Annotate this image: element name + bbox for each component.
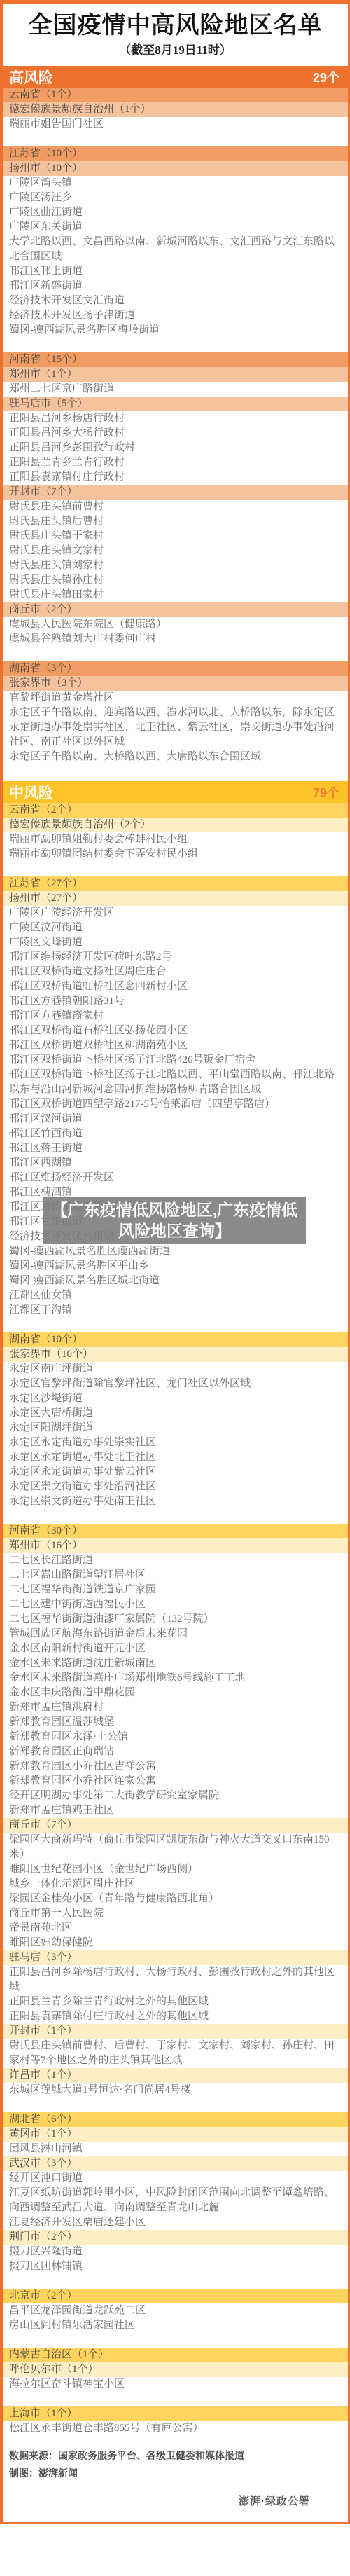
city-row: 德宏傣族景颇族自治州（1个） xyxy=(3,102,348,117)
area-item-row: 蜀冈-瘦西湖风景名胜区瘦西湖街道 xyxy=(3,1244,348,1259)
province-row: 云南省（2个） xyxy=(3,803,348,818)
area-item-row: 邗江区蒋王街道 xyxy=(3,1141,348,1156)
area-item-row: 昌平区龙泽园街道龙跃苑二区 xyxy=(3,2303,348,2318)
area-item-row: 邗江区竹西街道 xyxy=(3,1127,348,1141)
city-row: 驻马店市（5个） xyxy=(3,397,348,411)
city-row: 开封市（7个） xyxy=(3,485,348,500)
sections: 高风险29个云南省（1个）德宏傣族景颇族自治州（1个）瑞丽市姐告国门社区江苏省（… xyxy=(3,66,348,2436)
area-item-row: 新郑市孟庄镇鸡王社区 xyxy=(3,1803,348,1818)
area-item-row: 正阳县吕河乡除杨店行政村、大杨行政村、彭围孜行政村之外的其他区域 xyxy=(3,1965,348,1995)
risk-band: 中风险79个 xyxy=(3,781,348,803)
area-item-row: 郑州二七区京广路街道 xyxy=(3,382,348,397)
area-item-row: 瑞丽市勐卯镇团结村委会下弄安村民小组 xyxy=(3,847,348,862)
province-row: 云南省（1个） xyxy=(3,88,348,102)
province-group: 湖南省（3个）张家界市（3个）官黎坪街道黄金塔社区永定区子午路以南、迎宾路以西、… xyxy=(3,661,348,764)
page-title: 全国疫情中高风险地区名单 xyxy=(7,11,344,41)
province-group: 湖南省（10个）张家界市（10个）永定区南庄坪街道永定区官黎坪街道除官黎坪社区、… xyxy=(3,1332,348,1509)
area-item-row: 尉氏县庄头镇后曹村 xyxy=(3,514,348,529)
area-item-row: 梁园区金桂苑小区（青年路与健康路西北角） xyxy=(3,1892,348,1906)
area-item-row: 虞城县谷熟镇刘大庄村委何庄村 xyxy=(3,632,348,647)
area-item-row: 江都区丁沟镇 xyxy=(3,1303,348,1318)
city-row: 德宏傣族景颇族自治州（2个） xyxy=(3,818,348,832)
area-item-row: 正阳县兰青乡兰青行政村 xyxy=(3,455,348,470)
area-item-row: 二七区福华街街道油漆厂家属院（132号院） xyxy=(3,1612,348,1627)
province-group: 北京市（2个）昌平区龙泽园街道龙跃苑二区房山区阎村镇乐活家园社区 xyxy=(3,2289,348,2333)
area-item-row: 正阳县吕河乡大杨行政村 xyxy=(3,426,348,441)
area-item-row: 瑞丽市姐告国门社区 xyxy=(3,117,348,132)
area-item-row: 邗江区西湖镇 xyxy=(3,1156,348,1171)
area-item-row: 永定区子午路以南、迎宾路以西、澧水河以北、大桥路以东，除永定区永定街道办事处崇实… xyxy=(3,705,348,750)
area-item-row: 商丘市第一人民医院 xyxy=(3,1906,348,1921)
area-item-row: 尉氏县庄头镇于家村 xyxy=(3,529,348,544)
area-item-row: 新郑教育园区小乔社区连家公寓 xyxy=(3,1774,348,1789)
risk-section: 高风险29个云南省（1个）德宏傣族景颇族自治州（1个）瑞丽市姐告国门社区江苏省（… xyxy=(3,66,348,764)
area-item-row: 永定区崇文街道办事处沿河社区 xyxy=(3,1480,348,1494)
area-item-row: 江夏经济开发区栗庙还建小区 xyxy=(3,2215,348,2230)
area-item-row: 邗江区双桥街道石桥社区弘扬花园小区 xyxy=(3,1024,348,1038)
area-item-row: 官黎坪街道黄金塔社区 xyxy=(3,691,348,705)
area-item-row: 邗江区双桥街道双桥社区柳湖南苑小区 xyxy=(3,1038,348,1053)
area-item-row: 尉氏县庄头镇刘家村 xyxy=(3,558,348,573)
province-row: 湖南省（3个） xyxy=(3,661,348,676)
province-row: 湖北省（6个） xyxy=(3,2112,348,2127)
area-item-row: 新郑市孟庄镇洪府村 xyxy=(3,1700,348,1715)
city-row: 郑州市（16个） xyxy=(3,1538,348,1553)
watermark-overlay: 【广东疫情低风险地区,广东疫情低风险地区查询】 xyxy=(43,1197,306,1244)
province-group: 上海市（1个）松江区永丰街道仓丰路855号（有庐公寓） xyxy=(3,2406,348,2436)
area-item-row: 江都区仙女镇 xyxy=(3,1288,348,1303)
area-item-row: 永定区大庸桥街道 xyxy=(3,1406,348,1421)
city-row: 扬州市（10个） xyxy=(3,161,348,176)
city-row: 开封市（1个） xyxy=(3,2024,348,2039)
area-item-row: 邗江区双桥街道卜桥社区扬子江北路以西、平山堂西路以南、邗江北路以东与沿山河新城河… xyxy=(3,1068,348,1097)
province-group: 湖北省（6个）黄冈市（1个）团风县淋山河镇武汉市（3个）经开区沌口街道江夏区纸坊… xyxy=(3,2112,348,2274)
area-item-row: 房山区阎村镇乐活家园社区 xyxy=(3,2318,348,2333)
area-item-row: 永定区沙堤街道 xyxy=(3,1391,348,1406)
area-item-row: 新郑教育园区温莎城堡 xyxy=(3,1715,348,1730)
area-item-row: 邗江区方巷镇裔家村 xyxy=(3,1009,348,1024)
city-row: 荆门市（2个） xyxy=(3,2230,348,2245)
area-item-row: 金水区未来路街道沈庄新城南区 xyxy=(3,1656,348,1671)
area-item-row: 经开区沌口街道 xyxy=(3,2171,348,2186)
area-item-row: 邗江区双桥街道虹桥社区念四新村小区 xyxy=(3,979,348,994)
area-item-row: 大学北路以西、文昌西路以南、新城河路以东、文汇西路与文汇东路以北合围区域 xyxy=(3,235,348,264)
area-item-row: 正阳县吕河乡彭围孜行政村 xyxy=(3,441,348,455)
area-item-row: 永定区永定街道办事处崇实社区 xyxy=(3,1435,348,1450)
area-item-row: 永定区永定街道办事处北正社区 xyxy=(3,1450,348,1465)
province-row: 湖南省（10个） xyxy=(3,1332,348,1347)
area-item-row: 睢阳区世纪花园小区（金世纪广场西侧） xyxy=(3,1862,348,1877)
risk-band-count: 79个 xyxy=(313,783,339,801)
area-item-row: 管城回族区航海东路街道金盾未来花园 xyxy=(3,1627,348,1641)
area-item-row: 梁园区大商新玛特（商丘市梁园区凯旋东街与神火大道交叉口东南150米） xyxy=(3,1833,348,1862)
area-item-row: 尉氏县庄头镇文家村 xyxy=(3,544,348,558)
area-item-row: 正阳县兰青乡除兰青行政村之外的其他区域 xyxy=(3,1995,348,2009)
area-item-row: 东城区莲城大道1号恒达·名门尚居4号楼 xyxy=(3,2083,348,2098)
area-item-row: 广陵区文峰街道 xyxy=(3,935,348,950)
risk-band: 高风险29个 xyxy=(3,66,348,88)
area-item-row: 尉氏县庄头镇田家村 xyxy=(3,588,348,602)
area-item-row: 正阳县袁寨镇除付庄行政村之外的其他区域 xyxy=(3,2009,348,2024)
area-item-row: 新郑教育园区正商瑞钻 xyxy=(3,1744,348,1759)
data-source-line: 数据来源：国家政务服务平台、各级卫健委和媒体报道 xyxy=(9,2447,341,2465)
area-item-row: 蜀冈-瘦西湖风景名胜区平山乡 xyxy=(3,1259,348,1274)
area-item-row: 广陵区东关街道 xyxy=(3,220,348,235)
area-item-row: 尉氏县庄头镇前曹村、后曹村、于家村、文家村、刘家村、孙庄村、田家村等7个地区之外… xyxy=(3,2039,348,2068)
area-item-row: 广陵区曲江街道 xyxy=(3,205,348,220)
city-row: 扬州市（27个） xyxy=(3,891,348,906)
credit-line: 制图：澎湃新闻 xyxy=(9,2465,341,2482)
area-item-row: 永定区子午路以南、大桥路以西、大庸路以东合围区域 xyxy=(3,750,348,764)
area-item-row: 永定区南庄坪街道 xyxy=(3,1362,348,1377)
footer: 数据来源：国家政务服务平台、各级卫健委和媒体报道 制图：澎湃新闻 澎湃·绿政公署 xyxy=(3,2436,348,2522)
area-item-row: 二七区建中街街道西福民小区 xyxy=(3,1597,348,1612)
publisher-logo: 澎湃·绿政公署 xyxy=(9,2493,341,2508)
city-row: 张家界市（10个） xyxy=(3,1347,348,1362)
province-group: 河南省（30个）郑州市（16个）二七区长江路街道二七区嵩山路街道望江居社区二七区… xyxy=(3,1524,348,2098)
area-item-row: 虞城县人民医院东院区（健康路） xyxy=(3,617,348,632)
area-item-row: 永定区官黎坪街道除官黎坪社区、龙门社区以外区域 xyxy=(3,1377,348,1391)
area-item-row: 邗江区双桥街道卜桥社区扬子江北路426号钣金厂宿舍 xyxy=(3,1053,348,1068)
city-row: 商丘市（7个） xyxy=(3,1818,348,1833)
area-item-row: 松江区永丰街道仓丰路855号（有庐公寓） xyxy=(3,2421,348,2436)
area-item-row: 蜀冈-瘦西湖风景名胜区城北街道 xyxy=(3,1274,348,1288)
city-row: 郑州市（1个） xyxy=(3,367,348,382)
province-group: 河南省（15个）郑州市（1个）郑州二七区京广路街道驻马店市（5个）正阳县吕河乡杨… xyxy=(3,352,348,647)
province-group: 云南省（1个）德宏傣族景颇族自治州（1个）瑞丽市姐告国门社区 xyxy=(3,88,348,132)
area-item-row: 二七区福华街街道铁道京广家园 xyxy=(3,1583,348,1597)
risk-list-card: 全国疫情中高风险地区名单 （截至8月19日11时） 高风险29个云南省（1个）德… xyxy=(0,0,350,2524)
area-item-row: 邗江区维扬经济开发区 xyxy=(3,1171,348,1185)
province-row: 河南省（30个） xyxy=(3,1524,348,1538)
area-item-row: 掇刀区团林铺镇 xyxy=(3,2259,348,2274)
area-item-row: 二七区长江路街道 xyxy=(3,1553,348,1568)
province-group: 云南省（2个）德宏傣族景颇族自治州（2个）瑞丽市勐卯镇姐勒村委会棒蚌村民小组瑞丽… xyxy=(3,803,348,862)
risk-band-label: 高风险 xyxy=(9,67,53,88)
area-item-row: 新郑教育园区永泽·上公馆 xyxy=(3,1730,348,1744)
area-item-row: 经开区明湖办事处第二大街教学研究室家属院 xyxy=(3,1789,348,1803)
risk-band-count: 29个 xyxy=(313,68,339,86)
city-row: 驻马店（3个） xyxy=(3,1950,348,1965)
area-item-row: 经济技术开发区文汇街道 xyxy=(3,294,348,308)
area-item-row: 邗江区双桥街道四望亭路217-5号怡莱酒店（四望亭路店） xyxy=(3,1097,348,1112)
city-row: 张家界市（3个） xyxy=(3,676,348,691)
city-row: 许昌市（1个） xyxy=(3,2068,348,2083)
area-item-row: 正阳县吕河乡杨店行政村 xyxy=(3,411,348,426)
area-item-row: 二七区嵩山路街道望江居社区 xyxy=(3,1568,348,1583)
area-item-row: 邗江区汊河街道 xyxy=(3,1112,348,1127)
area-item-row: 睢阳区妇幼保健院 xyxy=(3,1936,348,1950)
area-item-row: 蜀冈-瘦西湖风景名胜区梅岭街道 xyxy=(3,323,348,338)
area-item-row: 邗江区双桥街道文扬社区周庄庄台 xyxy=(3,965,348,979)
area-item-row: 永定区永定街道办事处紫云社区 xyxy=(3,1465,348,1480)
city-row: 呼伦贝尔市（1个） xyxy=(3,2362,348,2377)
city-row: 黄冈市（1个） xyxy=(3,2127,348,2142)
area-item-row: 邗江区方巷镇朝阳路31号 xyxy=(3,994,348,1009)
area-item-row: 广陵区汤汪乡 xyxy=(3,191,348,205)
province-row: 内蒙古自治区（1个） xyxy=(3,2348,348,2362)
area-item-row: 新郑教育园区小乔社区吉祥公寓 xyxy=(3,1759,348,1774)
area-item-row: 经济技术开发区扬子津街道 xyxy=(3,308,348,323)
area-item-row: 帝景南苑北区 xyxy=(3,1921,348,1936)
area-item-row: 江夏区纸坊街道郭岭里小区，中风险封闭区范围向北调整至谭鑫培路、向西调整至武吕大道… xyxy=(3,2186,348,2215)
area-item-row: 尉氏县庄头镇前曹村 xyxy=(3,500,348,514)
area-item-row: 掇刀区兴隆街道 xyxy=(3,2245,348,2259)
province-row: 上海市（1个） xyxy=(3,2406,348,2421)
province-row: 河南省（15个） xyxy=(3,352,348,367)
title-block: 全国疫情中高风险地区名单 （截至8月19日11时） xyxy=(3,4,348,66)
risk-band-label: 中风险 xyxy=(9,782,53,803)
city-row: 商丘市（2个） xyxy=(3,602,348,617)
province-group: 内蒙古自治区（1个）呼伦贝尔市（1个）海拉尔区奋斗镇神宝小区 xyxy=(3,2348,348,2392)
area-item-row: 尉氏县庄头镇孙庄村 xyxy=(3,573,348,588)
province-row: 北京市（2个） xyxy=(3,2289,348,2303)
province-group: 江苏省（10个）扬州市（10个）广陵区湾头镇广陵区汤汪乡广陵区曲江街道广陵区东关… xyxy=(3,146,348,338)
risk-section: 中风险79个云南省（2个）德宏傣族景颇族自治州（2个）瑞丽市勐卯镇姐勒村委会棒蚌… xyxy=(3,781,348,2436)
city-row: 武汉市（3个） xyxy=(3,2156,348,2171)
area-item-row: 广陵区广陵经济开发区 xyxy=(3,906,348,921)
area-item-row: 金水区丰庆路街道中鼎花园 xyxy=(3,1686,348,1700)
area-item-row: 邗江区新盛街道 xyxy=(3,279,348,294)
province-group: 江苏省（27个）扬州市（27个）广陵区广陵经济开发区广陵区汶河街道广陵区文峰街道… xyxy=(3,876,348,1318)
province-row: 江苏省（10个） xyxy=(3,146,348,161)
area-item-row: 瑞丽市勐卯镇姐勒村委会棒蚌村民小组 xyxy=(3,832,348,847)
area-item-row: 团风县淋山河镇 xyxy=(3,2142,348,2156)
area-item-row: 永定区崇文街道办事处南正社区 xyxy=(3,1494,348,1509)
area-item-row: 海拉尔区奋斗镇神宝小区 xyxy=(3,2377,348,2392)
area-item-row: 城乡一体化示范区周庄社区 xyxy=(3,1877,348,1892)
area-item-row: 广陵区湾头镇 xyxy=(3,176,348,191)
area-item-row: 永定区阳湖坪街道 xyxy=(3,1421,348,1435)
area-item-row: 正阳县袁寨镇付庄行政村 xyxy=(3,470,348,485)
area-item-row: 邗江区维扬经济开发区荷叶东路2号 xyxy=(3,950,348,965)
province-row: 江苏省（27个） xyxy=(3,876,348,891)
area-item-row: 邗江区邗上街道 xyxy=(3,264,348,279)
area-item-row: 金水区未来路街道燕庄广场郑州地铁6号线施工工地 xyxy=(3,1671,348,1686)
area-item-row: 金水区南阳新村街道开元小区 xyxy=(3,1641,348,1656)
area-item-row: 广陵区汶河街道 xyxy=(3,921,348,935)
page-subtitle: （截至8月19日11时） xyxy=(7,41,344,60)
